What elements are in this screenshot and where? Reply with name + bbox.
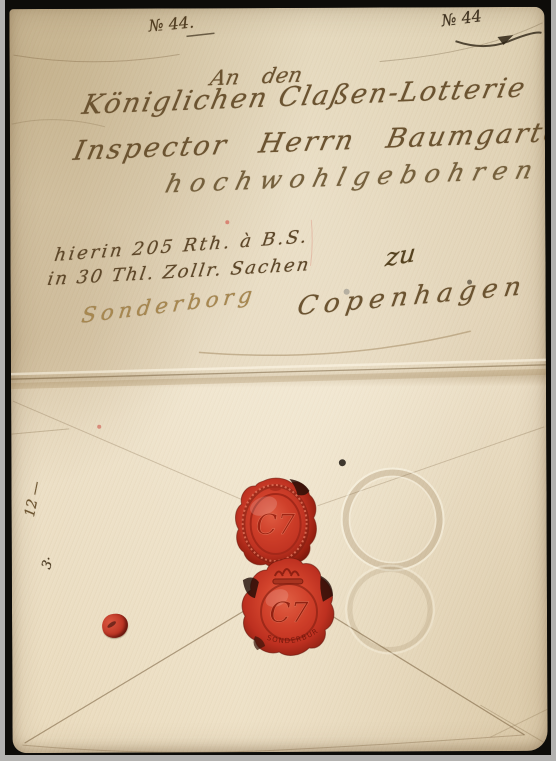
- destination-preposition: zu: [384, 239, 417, 273]
- blind-embossed-seal: [341, 468, 444, 653]
- wax-seal-lower: C7 SONDERBURG: [241, 558, 337, 658]
- photo-of-sealed-letter: № 44. № 44 An den Königlichen Claßen-Lot…: [0, 0, 556, 761]
- lower-seal-monogram: C7: [269, 596, 309, 629]
- envelope-back: № 44. № 44 An den Königlichen Claßen-Lot…: [9, 7, 547, 753]
- upper-seal-monogram: C7: [256, 508, 296, 541]
- wax-seal-upper: C7: [233, 476, 317, 570]
